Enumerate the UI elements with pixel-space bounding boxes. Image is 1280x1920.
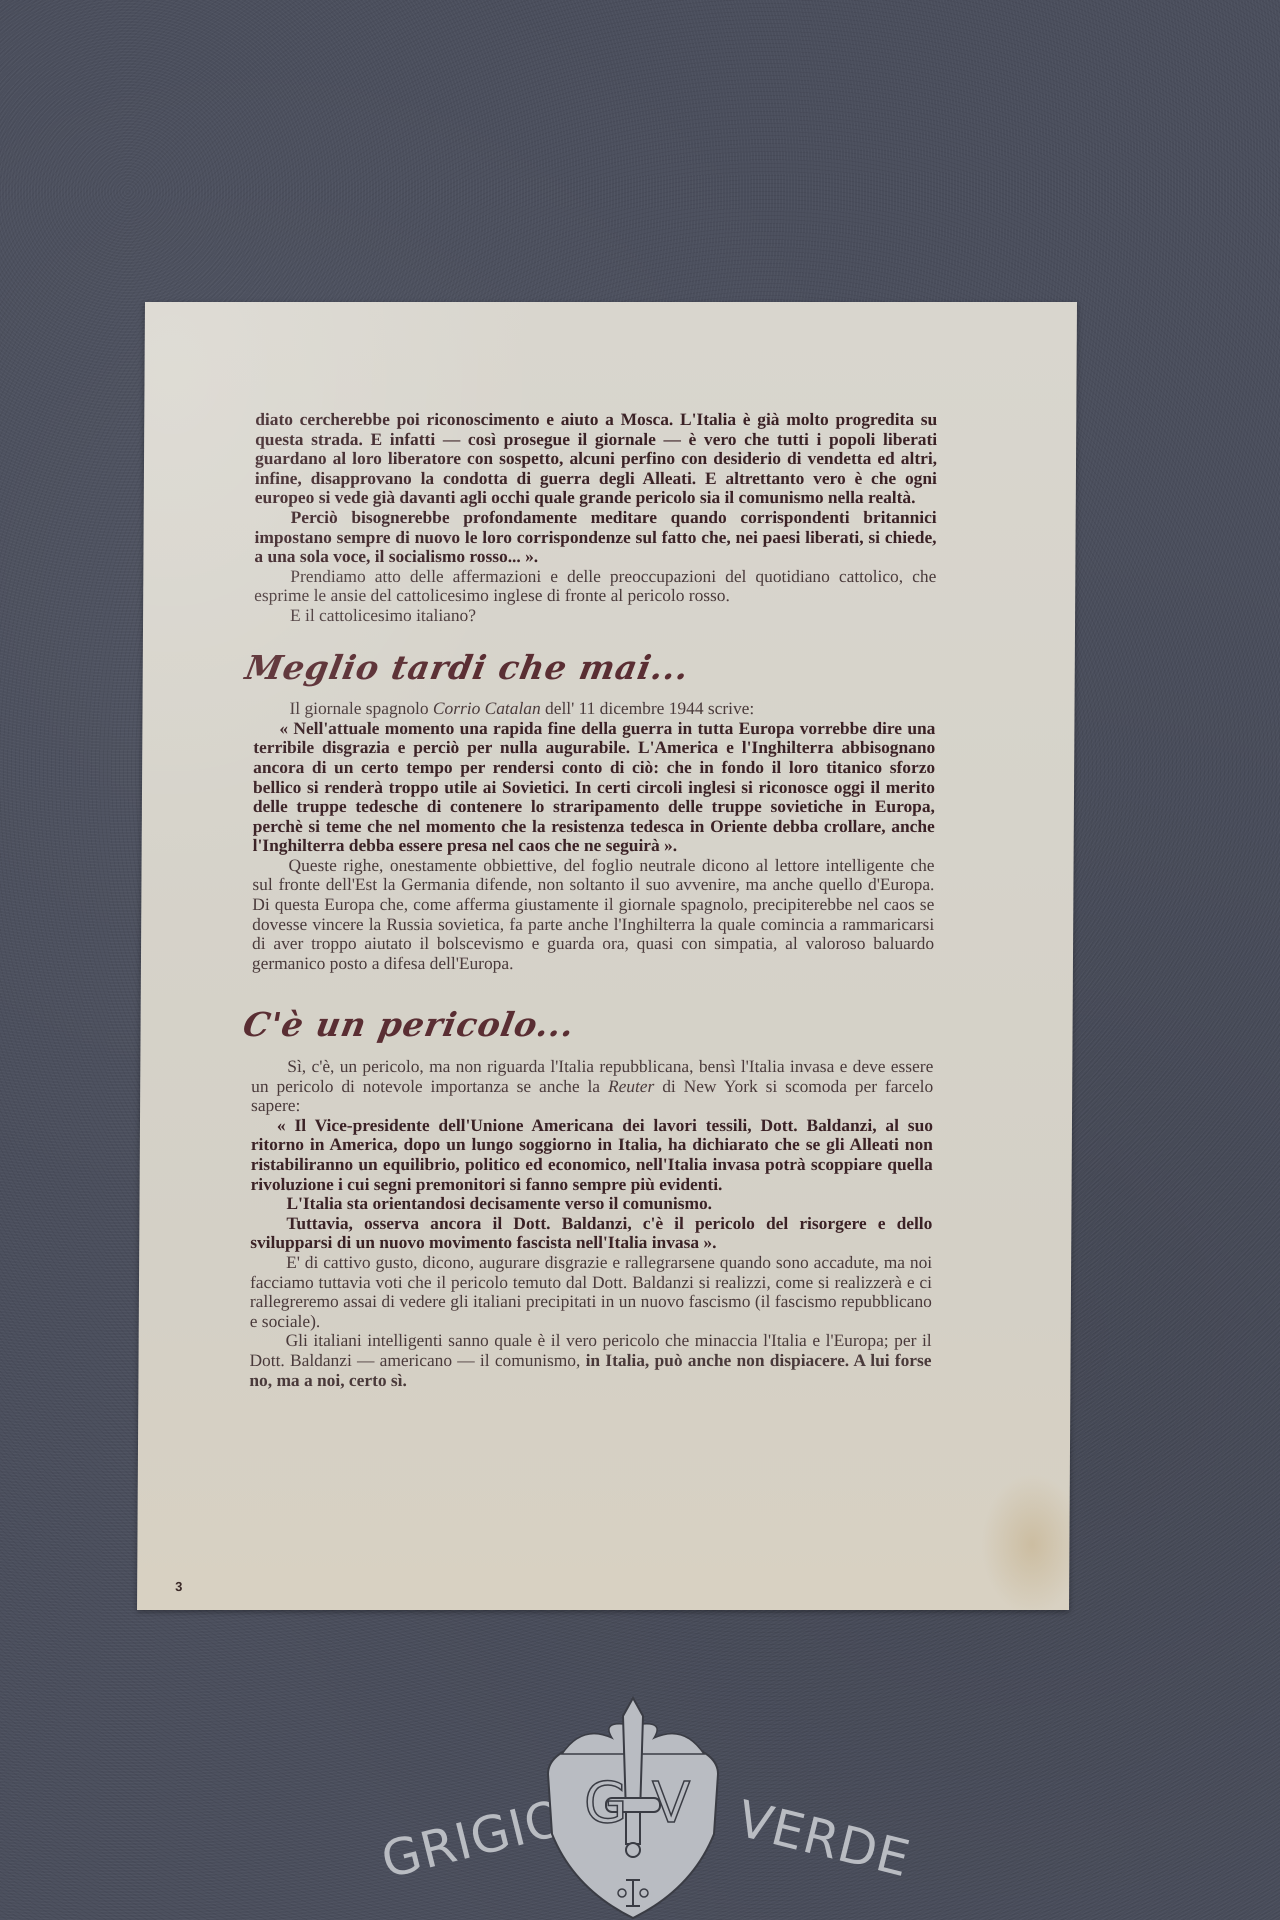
lead-text: dell' 11 dicembre 1944 scrive: [541, 698, 755, 718]
intro-paragraph: Prendiamo atto delle affermazioni e dell… [254, 567, 936, 606]
page-content: diato cercherebbe poi riconoscimento e a… [249, 410, 937, 1390]
source-name: Reuter [608, 1076, 654, 1096]
section-1-lead: Il giornale spagnolo Corrio Catalan dell… [253, 699, 935, 719]
section-title-pericolo: C'è un pericolo... [242, 1015, 936, 1035]
section-2-quote: L'Italia sta orientandosi decisamente ve… [250, 1194, 932, 1214]
intro-paragraph: Perciò bisognerebbe profondamente medita… [254, 508, 936, 567]
shield-letter-left: G [584, 1771, 627, 1836]
section-2-commentary: E' di cattivo gusto, dicono, augurare di… [250, 1253, 932, 1331]
section-title-meglio-tardi: Meglio tardi che mai... [244, 658, 938, 678]
section-1-quote: « Nell'attuale momento una rapida fine d… [253, 719, 936, 856]
section-1-commentary: Queste righe, onestamente obbiettive, de… [252, 856, 935, 974]
page-number: 3 [175, 1579, 182, 1594]
leaflet-page: diato cercherebbe poi riconoscimento e a… [137, 302, 1077, 1610]
section-2-quote: Tuttavia, osserva ancora il Dott. Baldan… [250, 1214, 932, 1253]
section-2-quote: « Il Vice-presidente dell'Unione America… [251, 1116, 933, 1194]
watermark-word-right: VERDE [732, 1790, 916, 1889]
intro-paragraph: diato cercherebbe poi riconoscimento e a… [255, 410, 938, 508]
source-name: Corrio Catalan [433, 698, 541, 718]
grigioverde-watermark: GRIGIO G V VERDE [370, 1680, 910, 1920]
shield-letter-right: V [652, 1771, 690, 1836]
section-2-closing: Gli italiani intelligenti sanno quale è … [249, 1331, 931, 1390]
intro-question: E il cattolicesimo italiano? [254, 606, 936, 626]
shield-sword-icon: G V [542, 1694, 724, 1920]
section-2-lead: Sì, c'è, un pericolo, ma non riguarda l'… [251, 1057, 933, 1116]
lead-text: Il giornale spagnolo [289, 698, 433, 718]
